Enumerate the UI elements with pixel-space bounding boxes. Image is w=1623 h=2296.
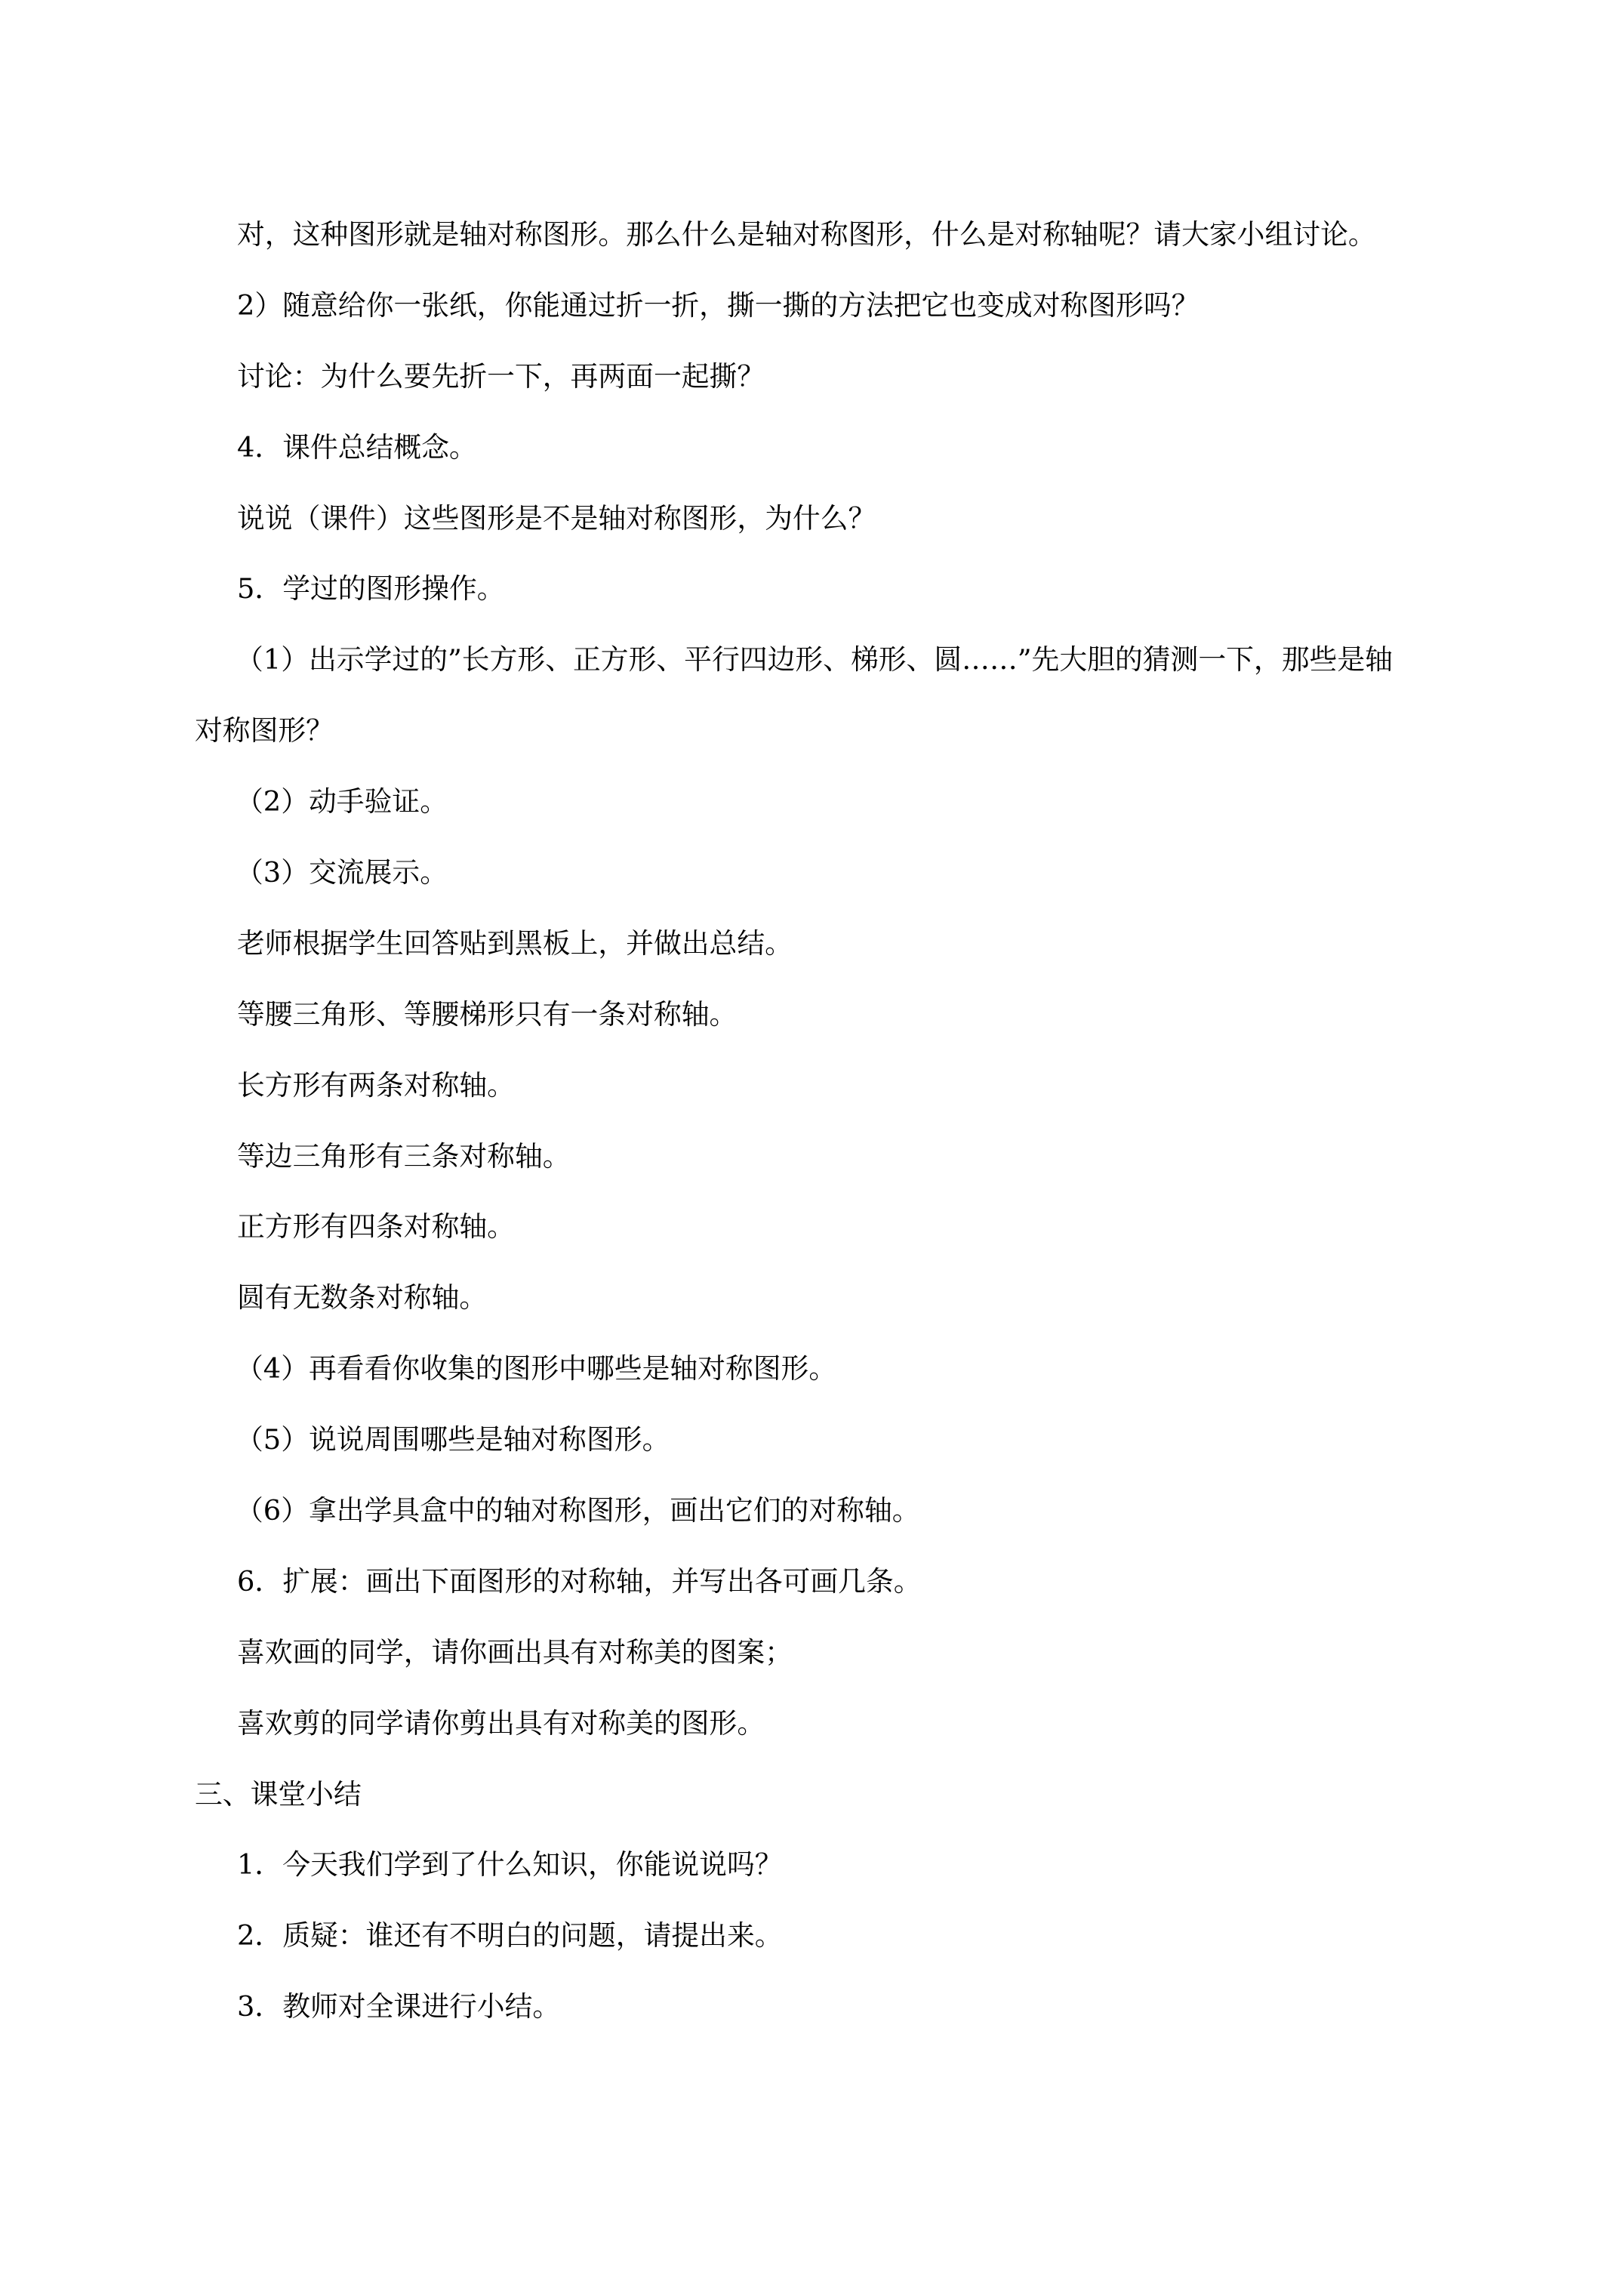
substep-4-collected-shapes: （4）再看看你收集的图形中哪些是轴对称图形。	[195, 1333, 1448, 1404]
paragraph-axis-symmetry-intro: 对，这种图形就是轴对称图形。那么什么是轴对称图形，什么是对称轴呢？请大家小组讨论…	[195, 199, 1448, 270]
paragraph-courseware-question: 说说（课件）这些图形是不是轴对称图形，为什么？	[195, 483, 1448, 554]
step-6-extension: 6．扩展：画出下面图形的对称轴，并写出各可画几条。	[195, 1546, 1448, 1617]
document-page: 对，这种图形就是轴对称图形。那么什么是轴对称图形，什么是对称轴呢？请大家小组讨论…	[0, 0, 1623, 2296]
paragraph-drawing-students: 喜欢画的同学，请你画出具有对称美的图案；	[195, 1617, 1448, 1688]
step-4-summary-concept: 4．课件总结概念。	[195, 412, 1448, 483]
paragraph-discussion: 讨论：为什么要先折一下，再两面一起撕？	[195, 341, 1448, 412]
section-heading-class-summary: 三、课堂小结	[195, 1759, 1448, 1830]
substep-2-verify: （2）动手验证。	[195, 766, 1448, 837]
summary-item-1: 1．今天我们学到了什么知识，你能说说吗？	[195, 1829, 1448, 1900]
substep-3-share: （3）交流展示。	[195, 837, 1448, 908]
paragraph-fold-and-tear-question: 2）随意给你一张纸，你能通过折一折，撕一撕的方法把它也变成对称图形吗？	[195, 270, 1448, 341]
summary-item-3: 3．教师对全课进行小结。	[195, 1971, 1448, 2042]
fact-rectangle: 长方形有两条对称轴。	[195, 1050, 1448, 1121]
substep-1-continuation: 对称图形？	[195, 695, 1448, 766]
substep-1-show-shapes: （1）出示学过的”长方形、正方形、平行四边形、梯形、圆……”先大胆的猜测一下，那…	[195, 624, 1448, 695]
substep-6-draw-axes: （6）拿出学具盒中的轴对称图形，画出它们的对称轴。	[195, 1475, 1448, 1546]
fact-isosceles: 等腰三角形、等腰梯形只有一条对称轴。	[195, 979, 1448, 1050]
step-5-shape-operations: 5．学过的图形操作。	[195, 553, 1448, 624]
summary-item-2: 2．质疑：谁还有不明白的问题，请提出来。	[195, 1900, 1448, 1971]
document-body: 对，这种图形就是轴对称图形。那么什么是轴对称图形，什么是对称轴呢？请大家小组讨论…	[195, 199, 1448, 2042]
fact-circle: 圆有无数条对称轴。	[195, 1262, 1448, 1333]
substep-5-surroundings: （5）说说周围哪些是轴对称图形。	[195, 1404, 1448, 1475]
fact-square: 正方形有四条对称轴。	[195, 1191, 1448, 1262]
fact-equilateral: 等边三角形有三条对称轴。	[195, 1121, 1448, 1192]
paragraph-teacher-summary: 老师根据学生回答贴到黑板上，并做出总结。	[195, 908, 1448, 979]
paragraph-cutting-students: 喜欢剪的同学请你剪出具有对称美的图形。	[195, 1688, 1448, 1759]
